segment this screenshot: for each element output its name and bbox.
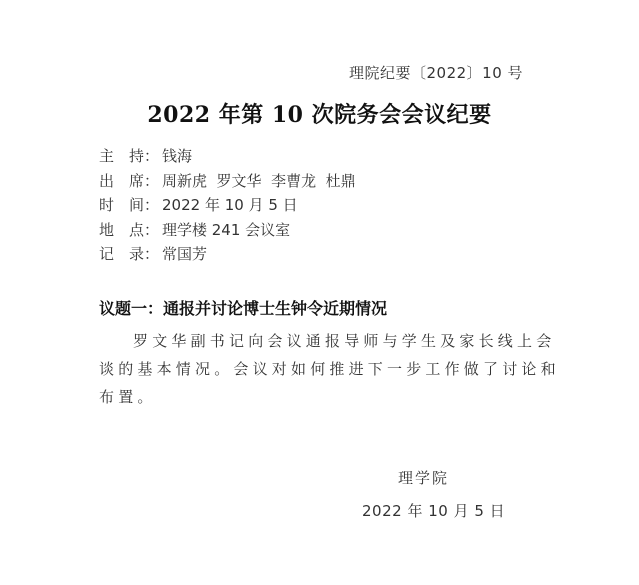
meta-label: 出 席： bbox=[99, 170, 162, 195]
meta-row-time: 时 间： 2022 年 10 月 5 日 bbox=[99, 194, 356, 219]
document-number: 理院纪要〔2022〕10 号 bbox=[349, 62, 523, 83]
meta-label: 地 点： bbox=[99, 219, 162, 244]
signature-date: 2022 年 10 月 5 日 bbox=[362, 500, 505, 521]
agenda-item-title: 议题一：通报并讨论博士生钟令近期情况 bbox=[99, 296, 387, 319]
meta-label: 时 间： bbox=[99, 194, 162, 219]
meta-row-recorder: 记 录： 常国芳 bbox=[99, 243, 356, 268]
signature-organization: 理学院 bbox=[398, 467, 449, 488]
meta-value-location: 理学楼 241 会议室 bbox=[162, 219, 290, 244]
meta-label: 记 录： bbox=[99, 243, 162, 268]
meta-value-attendees: 周新虎 罗文华 李曹龙 杜鼎 bbox=[162, 170, 356, 195]
meta-row-location: 地 点： 理学楼 241 会议室 bbox=[99, 219, 356, 244]
agenda-item-body: 罗文华副书记向会议通报导师与学生及家长线上会谈的基本情况。会议对如何推进下一步工… bbox=[99, 327, 569, 411]
meta-value-recorder: 常国芳 bbox=[162, 243, 207, 268]
meta-row-host: 主 持： 钱海 bbox=[99, 145, 356, 170]
meta-label: 主 持： bbox=[99, 145, 162, 170]
meeting-info-list: 主 持： 钱海 出 席： 周新虎 罗文华 李曹龙 杜鼎 时 间： 2022 年 … bbox=[99, 145, 356, 268]
meta-value-time: 2022 年 10 月 5 日 bbox=[162, 194, 298, 219]
meta-row-attendees: 出 席： 周新虎 罗文华 李曹龙 杜鼎 bbox=[99, 170, 356, 195]
meta-value-host: 钱海 bbox=[162, 145, 192, 170]
document-title: 2022 年第 10 次院务会会议纪要 bbox=[0, 98, 639, 129]
